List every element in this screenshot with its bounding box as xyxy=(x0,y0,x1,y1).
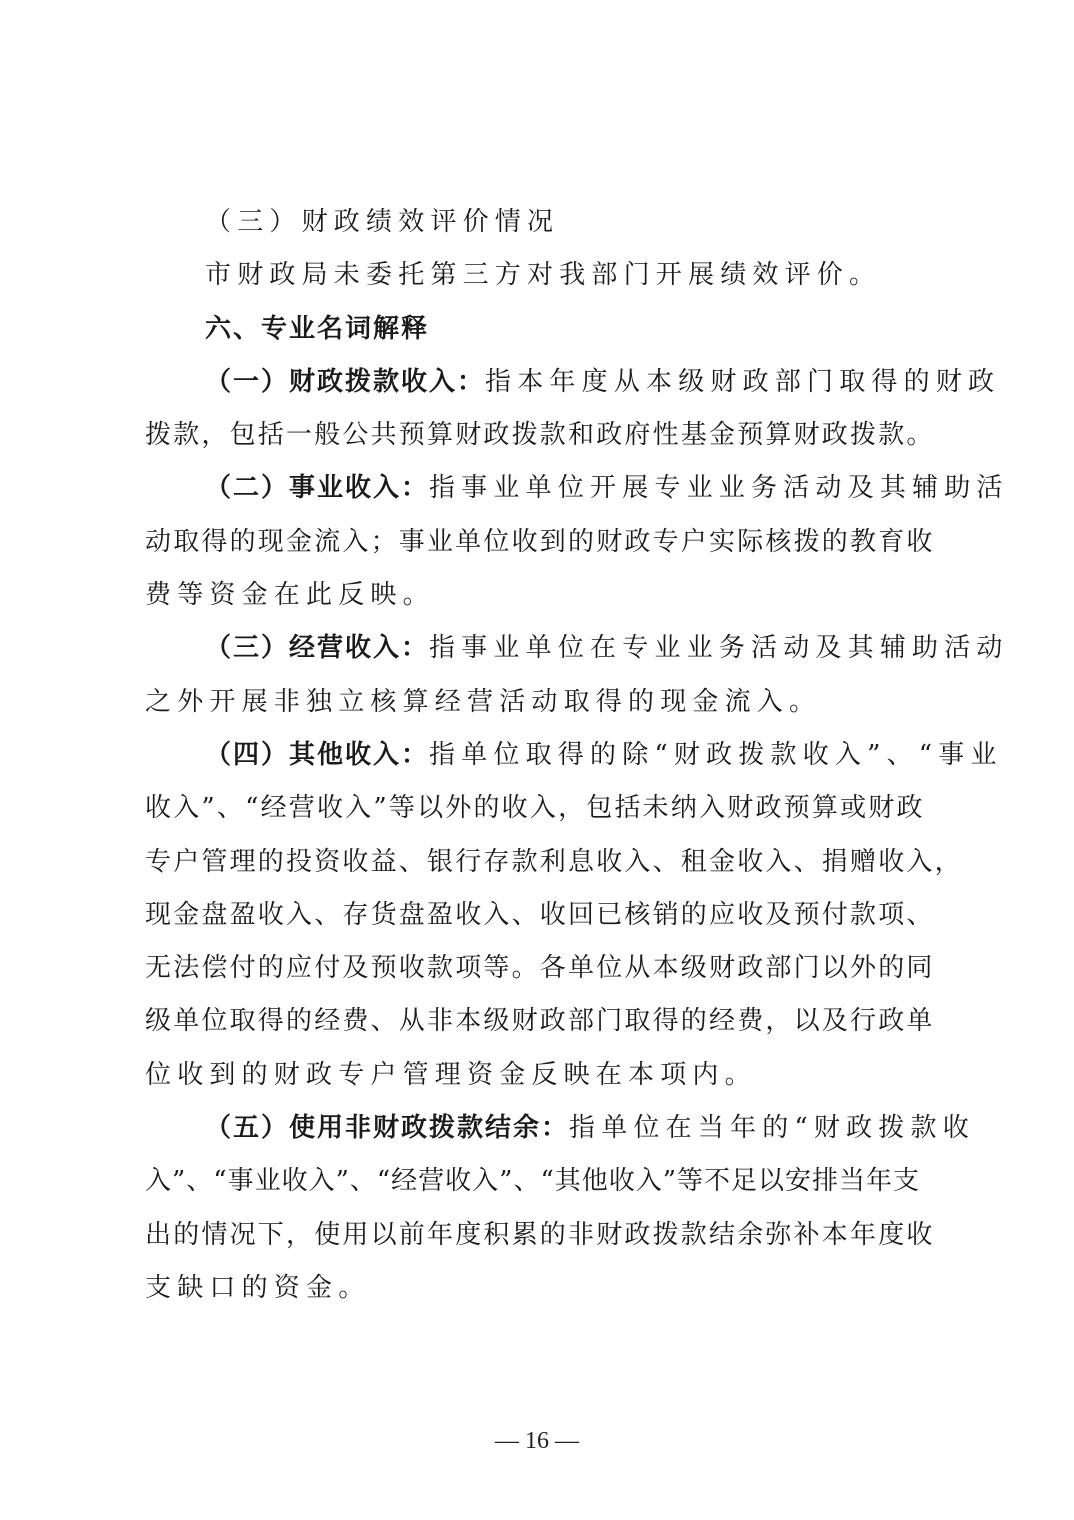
term-text: 之外开展非独立核算经营活动取得的现金流入。 xyxy=(145,676,943,729)
term-text: 拨款，包括一般公共预算财政拨款和政府性基金预算财政拨款。 xyxy=(145,409,943,462)
term-text: 专户管理的投资收益、银行存款利息收入、租金收入、捐赠收入， xyxy=(145,836,943,889)
term-text: 位收到的财政专户管理资金反映在本项内。 xyxy=(145,1049,943,1102)
glossary-item-fiscal-appropriation: （一）财政拨款收入：指本年度从本级财政部门取得的财政 拨款，包括一般公共预算财政… xyxy=(145,356,943,463)
glossary-item-business-income: （二）事业收入：指事业单位开展专业业务活动及其辅助活 动取得的现金流入；事业单位… xyxy=(145,462,943,622)
term-text: 指事业单位开展专业业务活动及其辅助活 xyxy=(429,473,1009,503)
term-text: 指事业单位在专业业务活动及其辅助活动 xyxy=(429,633,1009,663)
term-text: 指单位在当年的“财政拨款收 xyxy=(569,1113,975,1143)
term-text: 出的情况下，使用以前年度积累的非财政拨款结余弥补本年度收 xyxy=(145,1209,943,1262)
term-text: 支缺口的资金。 xyxy=(145,1262,943,1315)
term-label: （二）事业收入： xyxy=(205,473,429,503)
term-text: 入”、“事业收入”、“经营收入”、“其他收入”等不足以安排当年支 xyxy=(145,1155,943,1208)
term-text: 无法偿付的应付及预收款项等。各单位从本级财政部门以外的同 xyxy=(145,942,943,995)
term-text: 现金盘盈收入、存货盘盈收入、收回已核销的应收及预付款项、 xyxy=(145,889,943,942)
term-text: 费等资金在此反映。 xyxy=(145,569,943,622)
glossary-item-operating-income: （三）经营收入：指事业单位在专业业务活动及其辅助活动 之外开展非独立核算经营活动… xyxy=(145,622,943,729)
term-text: 级单位取得的经费、从非本级财政部门取得的经费，以及行政单 xyxy=(145,995,943,1048)
page-number: — 16 — xyxy=(0,1428,1074,1455)
term-text: 收入”、“经营收入”等以外的收入，包括未纳入财政预算或财政 xyxy=(145,782,943,835)
term-text: 动取得的现金流入；事业单位收到的财政专户实际核拨的教育收 xyxy=(145,516,943,569)
term-label: （三）经营收入： xyxy=(205,633,429,663)
glossary-item-other-income: （四）其他收入：指单位取得的除“财政拨款收入”、“事业 收入”、“经营收入”等以… xyxy=(145,729,943,1102)
glossary-item-non-fiscal-surplus: （五）使用非财政拨款结余：指单位在当年的“财政拨款收 入”、“事业收入”、“经营… xyxy=(145,1102,943,1315)
paragraph-performance-evaluation: 市财政局未委托第三方对我部门开展绩效评价。 xyxy=(145,249,943,302)
term-text: 指本年度从本级财政部门取得的财政 xyxy=(485,367,1000,397)
term-label: （一）财政拨款收入： xyxy=(205,367,485,397)
term-label: （五）使用非财政拨款结余： xyxy=(205,1113,569,1143)
term-label: （四）其他收入： xyxy=(205,740,429,770)
section-heading-performance-evaluation: （三）财政绩效评价情况 xyxy=(145,196,943,249)
section-heading-glossary: 六、专业名词解释 xyxy=(145,303,943,356)
term-text: 指单位取得的除“财政拨款收入”、“事业 xyxy=(429,740,1003,770)
document-page: （三）财政绩效评价情况 市财政局未委托第三方对我部门开展绩效评价。 六、专业名词… xyxy=(145,196,943,1315)
